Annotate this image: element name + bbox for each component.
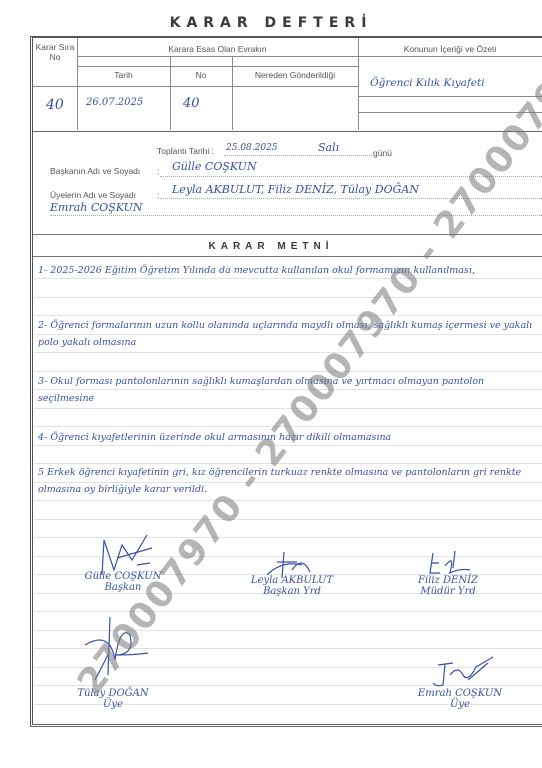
signatory-role: Üye	[405, 699, 515, 710]
signature-block-4: Tülay DOĞAN Üye	[58, 688, 168, 710]
colon: :	[157, 166, 159, 176]
header-nereden: Nereden Gönderildiği	[232, 70, 358, 80]
baskan-value: Gülle COŞKUN	[172, 160, 257, 173]
table-divider	[33, 131, 542, 132]
decision-item-5: 5 Erkek öğrenci kıyafetinin gri, kız öğr…	[38, 464, 538, 498]
ruled-line	[34, 297, 542, 298]
ruled-line	[34, 371, 542, 372]
toplanti-tarihi-label: Toplantı Tarihi :	[157, 146, 214, 156]
dotted-line	[224, 155, 372, 156]
konu-value: Öğrenci Kılık Kıyafeti	[370, 77, 485, 89]
section-divider	[33, 256, 542, 257]
day-value: Salı	[318, 141, 339, 154]
ruled-line	[34, 352, 542, 353]
header-no: No	[170, 70, 232, 80]
table-divider	[77, 66, 359, 67]
no-value: 40	[183, 96, 200, 111]
table-divider	[33, 86, 359, 87]
table-divider	[170, 56, 171, 130]
signatory-name: Emrah COŞKUN	[405, 688, 515, 699]
ruled-line	[34, 611, 542, 612]
karar-sira-no-value: 40	[46, 97, 64, 113]
header-konunun: Konunun İçeriği ve Özeti	[358, 44, 542, 54]
decision-item-2: 2- Öğrenci formalarının uzun kollu olanı…	[38, 317, 538, 351]
decision-item-1: 1- 2025-2026 Eğitim Öğretim Yılında da m…	[38, 262, 538, 279]
uyeler-value-line1: Leyla AKBULUT, Filiz DENİZ, Tülay DOĞAN	[172, 183, 419, 196]
table-divider	[232, 56, 233, 130]
day-suffix: günü	[373, 148, 392, 158]
signatory-role: Başkan Yrd	[232, 586, 352, 597]
table-divider	[358, 96, 542, 97]
page-title: KARAR DEFTERİ	[0, 15, 542, 31]
signature-block-5: Emrah COŞKUN Üye	[405, 688, 515, 710]
toplanti-tarihi-value: 25.08.2025	[226, 143, 278, 153]
signatory-name: Leyla AKBULUT	[232, 575, 352, 586]
signature-scribble-3	[425, 548, 475, 578]
baskan-label: Başkanın Adı ve Soyadı	[50, 166, 140, 176]
table-divider	[77, 56, 542, 57]
header-karara-esas: Karara Esas Olan Evrakın	[77, 44, 358, 54]
signatory-role: Müdür Yrd	[398, 586, 498, 597]
ruled-line	[34, 315, 542, 316]
signatory-name: Filiz DENİZ	[398, 575, 498, 586]
signature-block-3: Filiz DENİZ Müdür Yrd	[398, 575, 498, 597]
signature-block-2: Leyla AKBULUT Başkan Yrd	[232, 575, 352, 597]
ruled-line	[34, 500, 542, 501]
tarih-value: 26.07.2025	[86, 97, 143, 108]
uyeler-label: Üyelerin Adı ve Soyadı	[50, 190, 136, 200]
ruled-line	[34, 519, 542, 520]
signatory-name: Tülay DOĞAN	[58, 688, 168, 699]
signatory-role: Üye	[58, 699, 168, 710]
document-page: KARAR DEFTERİ Karar Sıra No Karara Esas …	[0, 0, 542, 768]
header-tarih: Tarih	[77, 70, 170, 80]
header-karar-sira-no: Karar Sıra No	[33, 42, 77, 62]
uyeler-value-line2: Emrah COŞKUN	[50, 201, 143, 214]
